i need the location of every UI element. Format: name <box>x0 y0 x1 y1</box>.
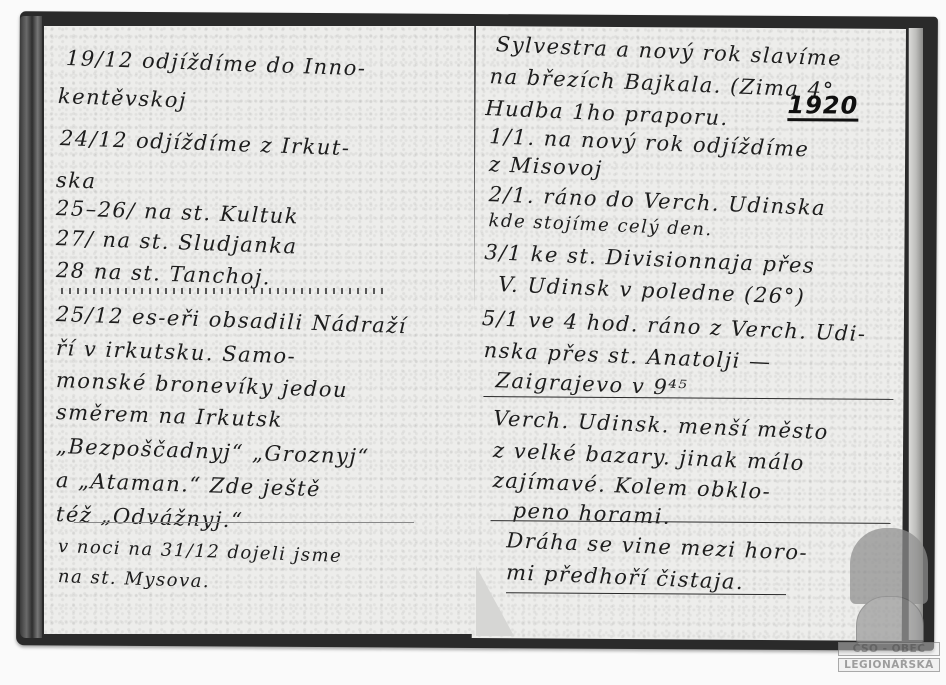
divider-line <box>483 396 893 400</box>
diary-line: ska <box>56 168 97 193</box>
watermark-logo: ČSO - OBEC LEGIONÁŘSKÁ <box>838 522 938 682</box>
folded-page-corner <box>476 566 514 636</box>
diary-line: kentěvskoj <box>58 84 188 112</box>
diary-line: v noci na 31/12 dojeli jsme <box>58 536 343 567</box>
diary-line: Verch. Udinsk. menší město <box>493 406 830 444</box>
diary-line: 25/12 es-eři obsadili Nádraží <box>56 302 408 338</box>
diary-line: Dráha se vine mezi horo- <box>506 528 809 565</box>
diary-line: a „Ataman.“ Zde ještě <box>56 468 322 501</box>
diary-line: 3/1 ke st. Divisionnaja přes <box>484 240 816 278</box>
diary-line: též „Odvážnyj.“ <box>56 502 244 533</box>
diary-line: Sylvestra a nový rok slavíme <box>495 32 842 70</box>
diary-scan: 19/12 odjíždíme do Inno- kentěvskoj 24/1… <box>0 0 946 685</box>
wavy-divider <box>58 288 388 294</box>
watermark-line-1: ČSO - OBEC <box>838 642 940 656</box>
diary-line: 24/12 odjíždíme z Irkut- <box>60 126 351 160</box>
diary-line: 27/ na st. Sludjanka <box>56 226 298 258</box>
divider-line <box>74 522 414 523</box>
diary-line: V. Udinsk v poledne (26°) <box>498 272 806 309</box>
diary-line: na st. Mysova. <box>58 566 211 592</box>
legionnaire-helmet-icon <box>850 528 928 604</box>
diary-line: na březích Bajkala. (Zima 4° <box>489 64 835 102</box>
diary-line: peno horami. <box>512 498 672 529</box>
coat-of-arms-icon <box>856 596 924 644</box>
diary-line: 19/12 odjíždíme do Inno- <box>66 46 367 80</box>
diary-line: z Misovoj <box>489 152 604 181</box>
diary-line: „Bezpoščadnyj“ „Groznyj“ <box>56 434 370 469</box>
watermark-line-2: LEGIONÁŘSKÁ <box>838 658 940 672</box>
diary-line: 25–26/ na st. Kultuk <box>56 196 300 228</box>
diary-line: směrem na Irkutsk <box>56 400 284 432</box>
book-spine <box>20 16 42 638</box>
diary-line: mi předhoří čistaja. <box>506 560 745 594</box>
divider-line <box>506 592 786 595</box>
diary-line: kde stojíme celý den. <box>488 210 713 240</box>
year-heading: 1920 <box>787 92 858 121</box>
diary-line: monské bronevíky jedou <box>56 368 349 402</box>
diary-line: ří v irkutsku. Samo- <box>56 336 297 368</box>
left-page: 19/12 odjíždíme do Inno- kentěvskoj 24/1… <box>44 26 475 634</box>
diary-line: 28 na st. Tanchoj. <box>56 258 272 289</box>
